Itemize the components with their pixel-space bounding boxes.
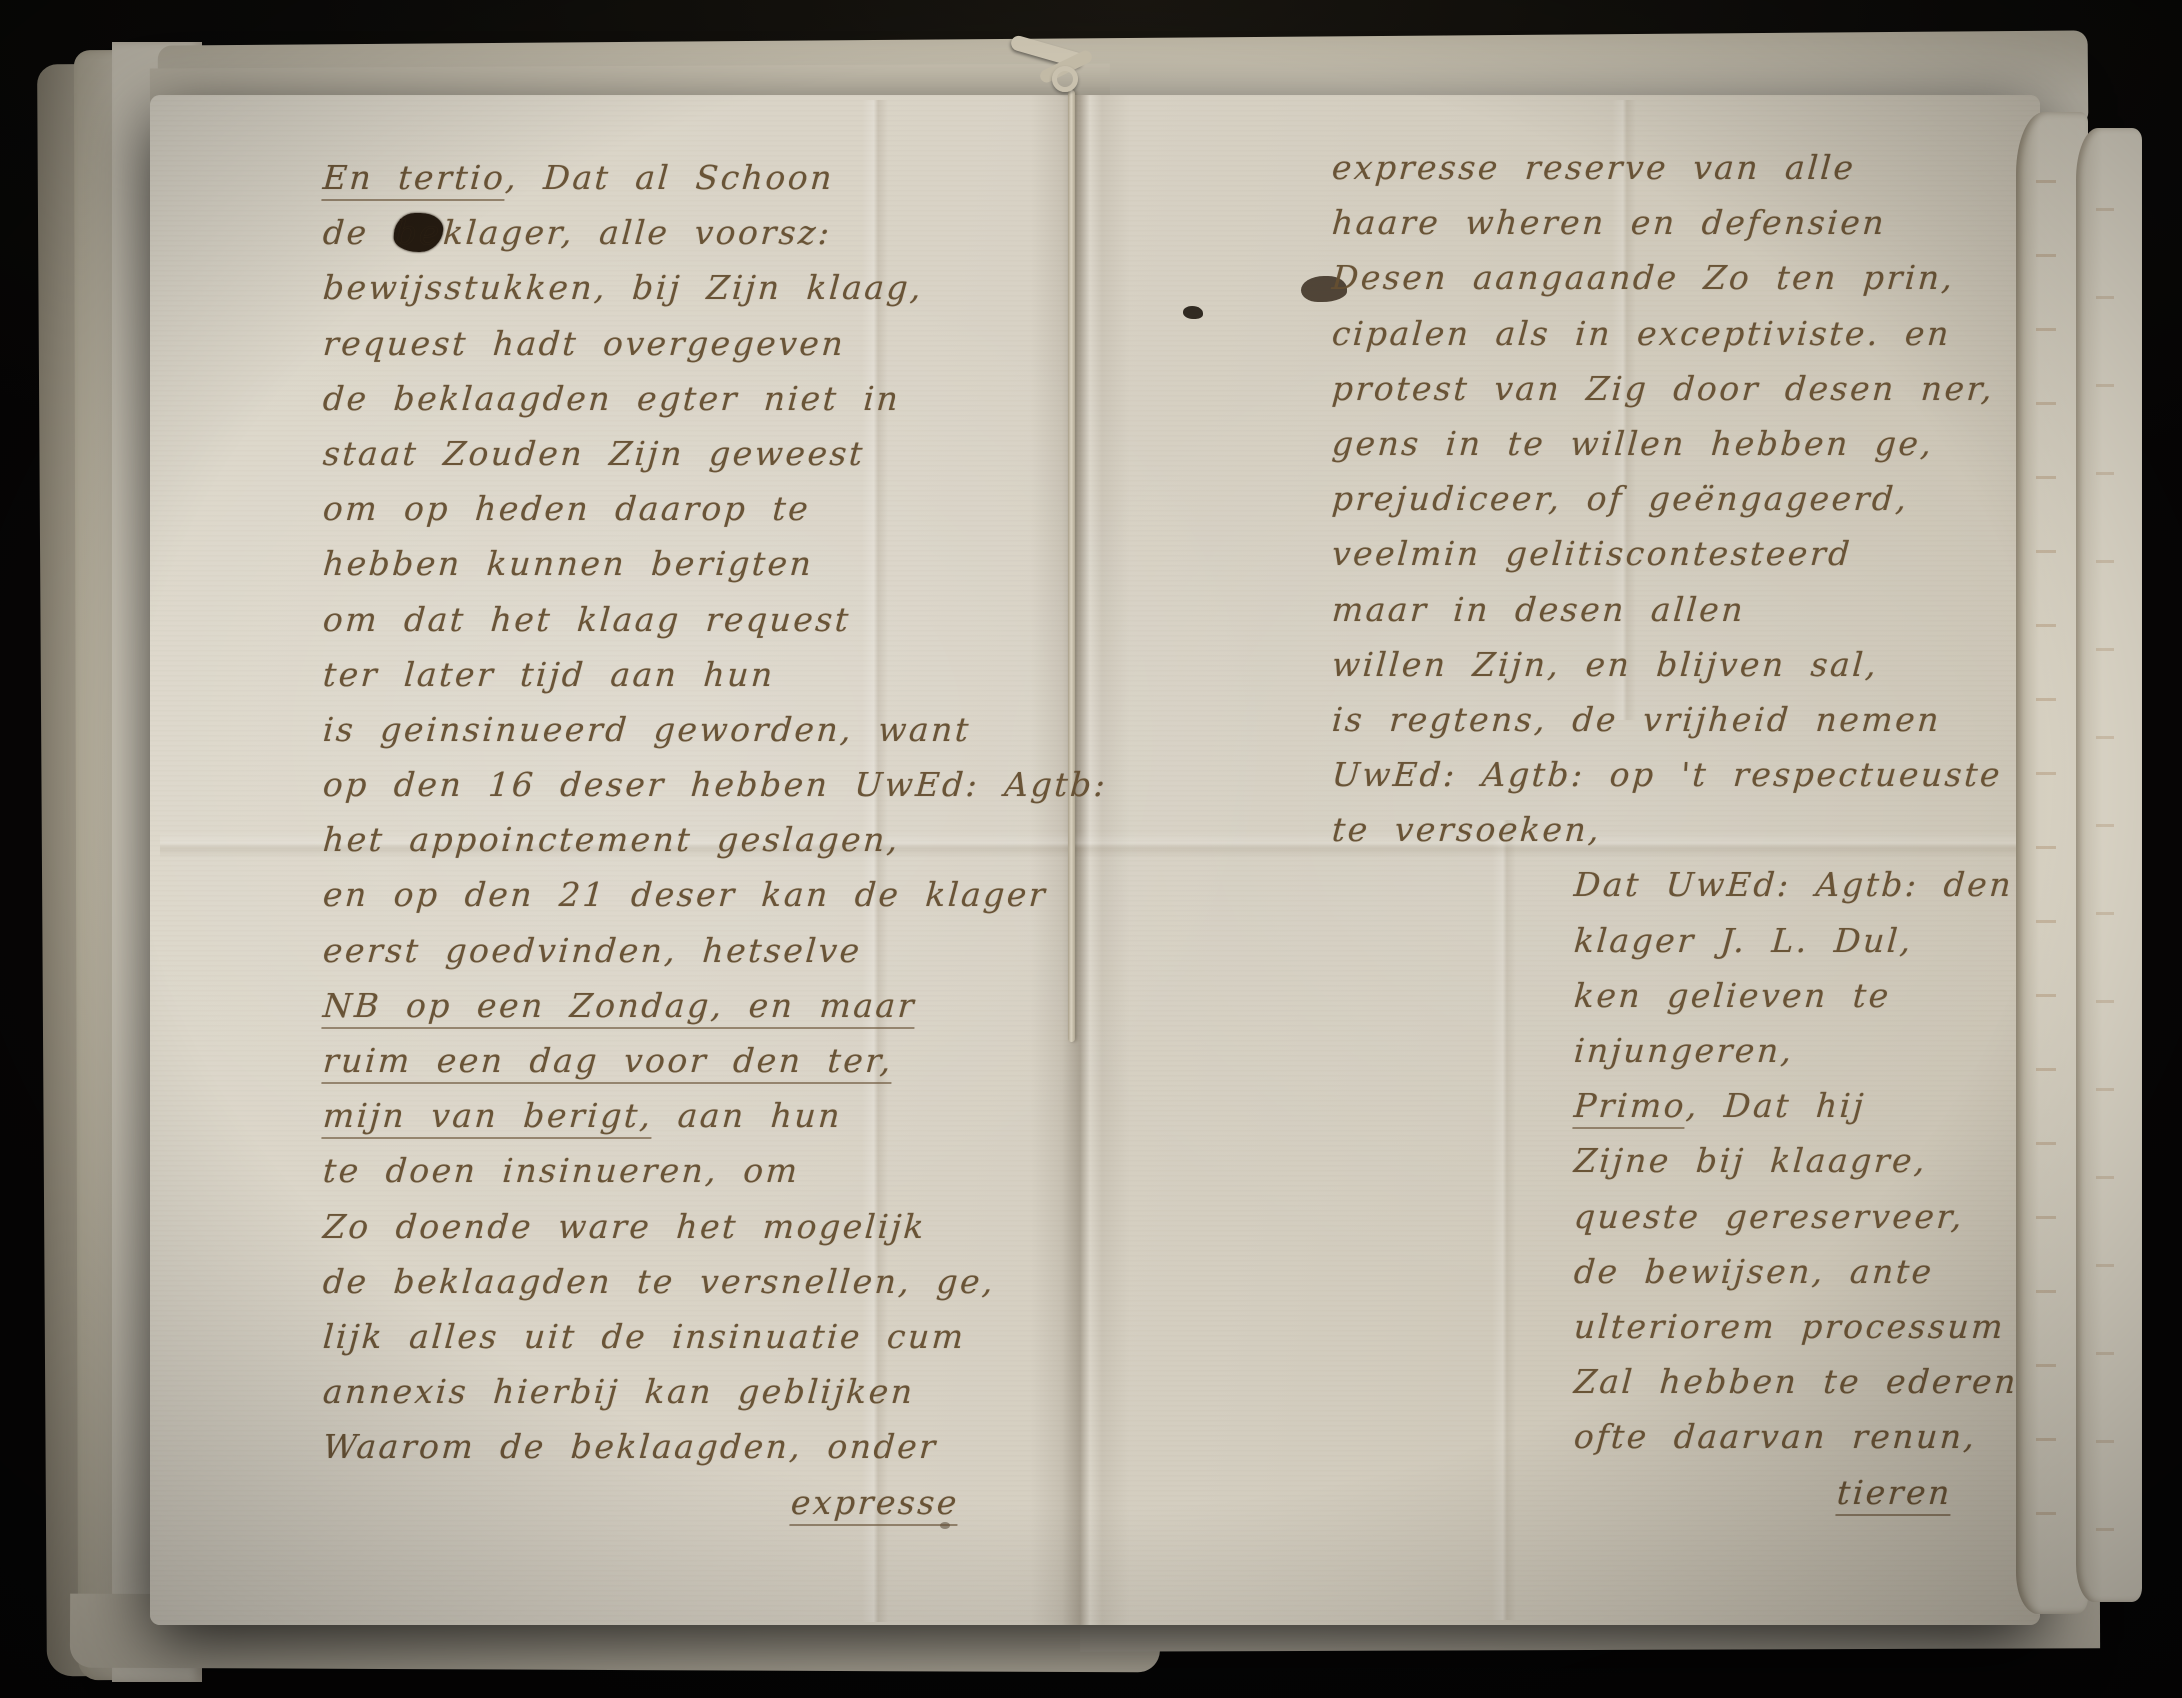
manuscript-line: is regtens, de vrijheid nemen [1330,692,2114,747]
manuscript-line: Desen aangaande Zo ten prin, [1330,250,2114,305]
manuscript-line: annexis hierbij kan geblijken [321,1364,1105,1419]
line-text: de [322,213,395,252]
line-text: willen Zijn, en blijven sal, [1331,645,1880,684]
manuscript-line: klager J. L. Dul, [1572,913,2114,968]
line-underlined-text: tieren [1835,1473,1953,1516]
line-text: Zo doende ware het mogelijk [322,1207,928,1246]
manuscript-line: om op heden daarop te [321,481,1105,536]
line-text: expresse reserve van alle [1331,148,1857,187]
line-text: queste gereserveer, [1573,1197,1966,1236]
line-text: de bewijsen, ante [1573,1252,1935,1291]
manuscript-line: En tertio, Dat al Schoon [321,150,1105,205]
line-underlined-text: ruim een dag voor den ter, [321,1041,894,1084]
manuscript-line: staat Zouden Zijn geweest [321,426,1105,481]
line-text: het appoinctement geslagen, [322,820,902,859]
line-underlined-text: NB op een Zondag, en maar [321,986,917,1029]
line-text: klager, alle voorsz: [442,213,833,252]
manuscript-line: de beklaagden egter niet in [321,371,1105,426]
manuscript-line: mijn van berigt, aan hun [321,1088,1105,1143]
line-text: request hadt overgegeven [322,324,847,363]
manuscript-line: ter later tijd aan hun [321,647,1105,702]
strikethrough-blot: be [392,213,444,252]
line-text: ter later tijd aan hun [322,655,777,694]
manuscript-line: expresse [789,1475,1105,1530]
manuscript-line: UwEd: Agtb: op 't respectueuste [1330,747,2114,802]
manuscript-line: cipalen als in exceptiviste. en [1330,306,2114,361]
line-text: te doen insinueren, om [322,1151,801,1190]
manuscript-line: ofte daarvan renun, [1572,1409,2114,1464]
left-page-text: En tertio, Dat al Schoon de beklager, al… [323,150,1103,1530]
manuscript-line: tieren [1835,1465,2114,1520]
line-text: te versoeken, [1331,810,1603,849]
manuscript-line: expresse reserve van alle [1330,140,2114,195]
manuscript-line: ulteriorem processum [1572,1299,2114,1354]
line-text: haare wheren en defensien [1331,203,1888,242]
line-text: UwEd: Agtb: op 't respectueuste [1331,755,2004,794]
manuscript-line: de beklager, alle voorsz: [321,205,1105,260]
manuscript-line: en op den 21 deser kan de klager [321,867,1105,922]
manuscript-line: Dat UwEd: Agtb: den [1572,857,2114,912]
ink-speck [1183,306,1203,319]
line-text: ofte daarvan renun, [1573,1417,1978,1456]
line-text: gens in te willen hebben ge, [1331,424,1935,463]
manuscript-line: prejudiceer, of geëngageerd, [1330,471,2114,526]
line-text: annexis hierbij kan geblijken [322,1372,916,1411]
line-text: is regtens, de vrijheid nemen [1331,700,1943,739]
manuscript-line: willen Zijn, en blijven sal, [1330,637,2114,692]
manuscript-line: eerst goedvinden, hetselve [321,923,1105,978]
manuscript-line: de beklaagden te versnellen, ge, [321,1254,1105,1309]
line-text: Zal hebben te ederen [1573,1362,2020,1401]
line-text: protest van Zig door desen ner, [1331,369,1996,408]
line-text: lijk alles uit de insinuatie cum [322,1317,967,1356]
line-text: veelmin gelitiscontesteerd [1331,534,1854,573]
manuscript-line: de bewijsen, ante [1572,1244,2114,1299]
line-text: injungeren, [1573,1031,1795,1070]
line-text: prejudiceer, of geëngageerd, [1331,479,1910,518]
line-underlined-text: Primo [1572,1086,1687,1129]
manuscript-line: bewijsstukken, bij Zijn klaag, [321,260,1105,315]
line-text: is geinsinueerd geworden, want [322,710,972,749]
line-text: ulteriorem processum [1573,1307,2007,1346]
manuscript-line: te doen insinueren, om [321,1143,1105,1198]
manuscript-line: op den 16 deser hebben UwEd: Agtb: [321,757,1105,812]
line-text: op den 16 deser hebben UwEd: Agtb: [322,765,1109,804]
manuscript-line: is geinsinueerd geworden, want [321,702,1105,757]
manuscript-line: gens in te willen hebben ge, [1330,416,2114,471]
line-text: de beklaagden te versnellen, ge, [322,1262,997,1301]
manuscript-line: Zijne bij klaagre, [1572,1133,2114,1188]
manuscript-line: het appoinctement geslagen, [321,812,1105,867]
manuscript-line: haare wheren en defensien [1330,195,2114,250]
manuscript-line: queste gereserveer, [1572,1189,2114,1244]
manuscript-line: injungeren, [1572,1023,2114,1078]
manuscript-line: Primo, Dat hij [1572,1078,2114,1133]
line-text: Waarom de beklaagden, onder [322,1427,939,1466]
line-text: om dat het klaag request [322,600,852,639]
line-text: maar in desen allen [1331,590,1747,629]
manuscript-line: Zal hebben te ederen [1572,1354,2114,1409]
line-text: Desen aangaande Zo ten prin, [1331,258,1956,297]
line-underlined-text: En tertio [321,158,507,201]
line-text: Dat UwEd: Agtb: den [1573,865,2015,904]
line-text: ken gelieven te [1573,976,1893,1015]
manuscript-line: maar in desen allen [1330,582,2114,637]
line-text: aan hun [651,1096,843,1135]
manuscript-line: veelmin gelitiscontesteerd [1330,526,2114,581]
manuscript-line: protest van Zig door desen ner, [1330,361,2114,416]
line-text: cipalen als in exceptiviste. en [1331,314,1953,353]
line-text: klager J. L. Dul, [1573,921,1915,960]
line-text: , Dat al Schoon [504,158,835,197]
manuscript-line: om dat het klaag request [321,592,1105,647]
thread-knot-loop [1052,66,1078,92]
manuscript-line: hebben kunnen berigten [321,536,1105,591]
line-text: Zijne bij klaagre, [1573,1141,1929,1180]
line-text: eerst goedvinden, hetselve [322,931,863,970]
line-text: om op heden daarop te [322,489,812,528]
line-underlined-text: expresse [789,1483,960,1526]
manuscript-line: te versoeken, [1330,802,2114,857]
manuscript-line: Zo doende ware het mogelijk [321,1199,1105,1254]
manuscript-line: ken gelieven te [1572,968,2114,1023]
line-text: hebben kunnen berigten [322,544,815,583]
line-text: bewijsstukken, bij Zijn klaag, [322,268,925,307]
manuscript-line: lijk alles uit de insinuatie cum [321,1309,1105,1364]
manuscript-line: request hadt overgegeven [321,316,1105,371]
line-text: en op den 21 deser kan de klager [322,875,1049,914]
manuscript-line: Waarom de beklaagden, onder [321,1419,1105,1474]
right-page-text: expresse reserve van alle haare wheren e… [1332,140,2112,1520]
line-text: de beklaagden egter niet in [322,379,902,418]
manuscript-line: NB op een Zondag, en maar [321,978,1105,1033]
manuscript-line: ruim een dag voor den ter, [321,1033,1105,1088]
line-text: , Dat hij [1685,1086,1867,1125]
line-text: staat Zouden Zijn geweest [322,434,867,473]
line-underlined-text: mijn van berigt, [321,1096,654,1139]
